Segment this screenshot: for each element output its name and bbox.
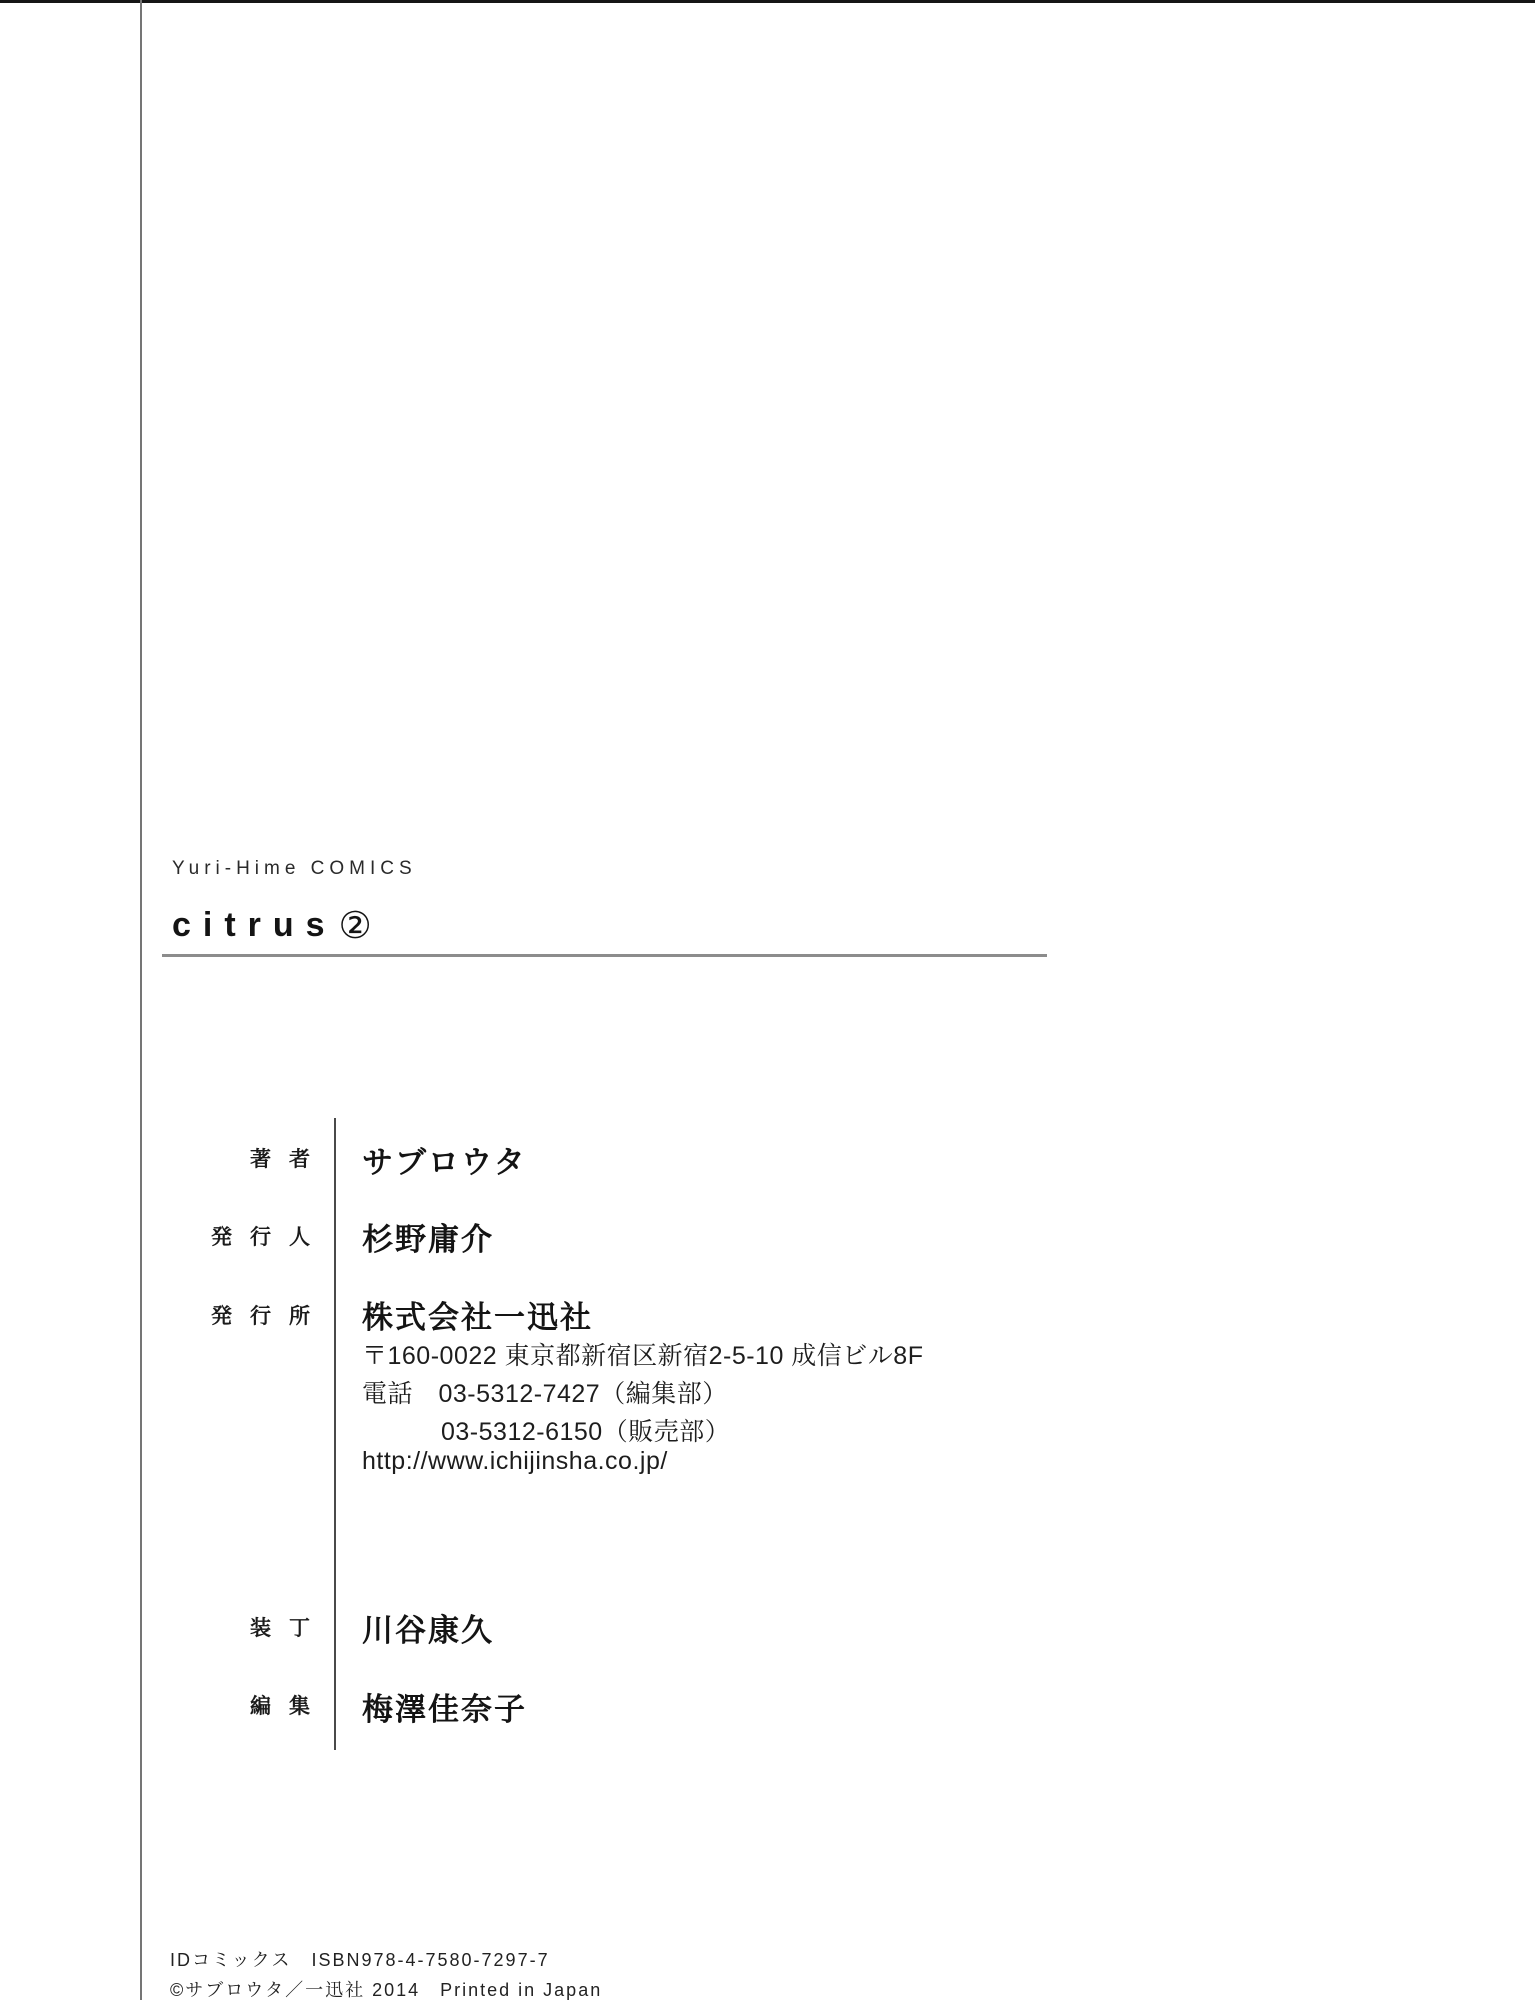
- binding-design-value: 川谷康久: [362, 1605, 494, 1650]
- publisher-phone-sales: 03-5312-6150（販売部）: [441, 1412, 730, 1448]
- publisher-person-label: 発行人: [140, 1221, 328, 1251]
- footer-isbn-line: IDコミックス ISBN978-4-7580-7297-7: [170, 1946, 550, 1972]
- colophon-page: Yuri-Hime COMICS citrus ② 著者 サブロウタ 発行人 杉…: [0, 0, 1535, 2000]
- title-underline: [162, 954, 1047, 957]
- publisher-company-label: 発行所: [140, 1300, 328, 1330]
- editor-value: 梅澤佳奈子: [362, 1684, 527, 1729]
- publisher-phone-editorial: 電話 03-5312-7427（編集部）: [362, 1374, 728, 1410]
- book-title-row: citrus ②: [172, 903, 372, 947]
- publisher-url: http://www.ichijinsha.co.jp/: [362, 1447, 668, 1476]
- author-label: 著者: [140, 1143, 328, 1173]
- publisher-person-value: 杉野庸介: [362, 1214, 494, 1259]
- top-border-line: [0, 0, 1535, 3]
- binding-design-label: 装丁: [140, 1612, 328, 1642]
- series-brand: Yuri-Hime COMICS: [172, 858, 417, 880]
- publisher-company-value: 株式会社一迅社: [362, 1292, 593, 1337]
- publisher-address: 〒160-0022 東京都新宿区新宿2-5-10 成信ビル8F: [362, 1336, 924, 1372]
- book-title: citrus: [172, 906, 337, 945]
- colophon-divider-line: [334, 1118, 336, 1750]
- author-value: サブロウタ: [362, 1137, 527, 1182]
- editor-label: 編集: [140, 1690, 328, 1720]
- volume-number-badge: ②: [339, 904, 372, 947]
- footer-copyright-line: ©サブロウタ／一迅社 2014 Printed in Japan: [170, 1976, 602, 2000]
